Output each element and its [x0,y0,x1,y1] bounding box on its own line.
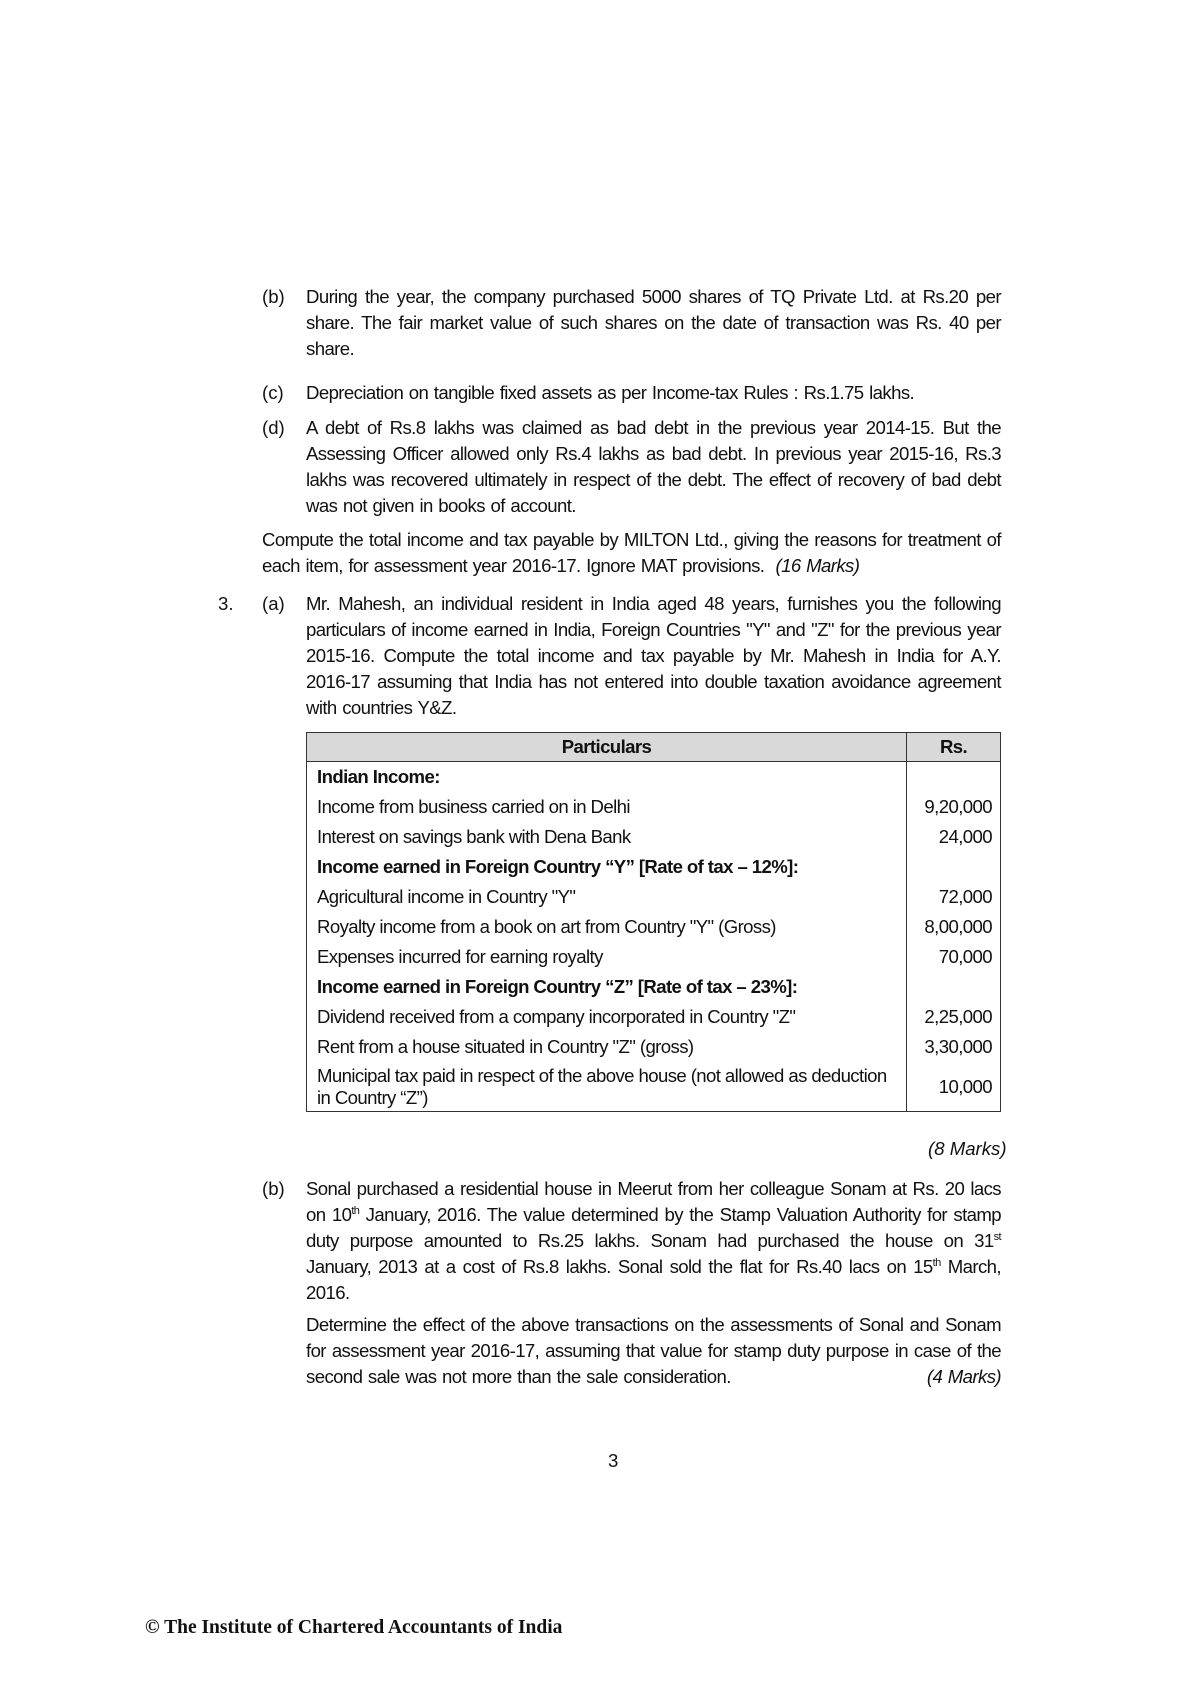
table-row: Rent from a house situated in Country "Z… [307,1032,1001,1062]
item-label-b: (b) [262,284,285,310]
row-particular: Income earned in Foreign Country “Z” [Ra… [307,972,907,1002]
table-row: Royalty income from a book on art from C… [307,912,1001,942]
table-row: Income from business carried on in Delhi… [307,792,1001,822]
table-header-row: Particulars Rs. [307,733,1001,762]
q3a-marks: (8 Marks) [928,1136,1007,1162]
row-amount: 72,000 [907,882,1001,912]
table-row: Interest on savings bank with Dena Bank2… [307,822,1001,852]
item-label-d: (d) [262,415,285,441]
header-particulars: Particulars [307,733,907,762]
q3-number: 3. [218,591,234,617]
table-row: Agricultural income in Country "Y"72,000 [307,882,1001,912]
q3b-text: Sonal purchased a residential house in M… [306,1176,1001,1306]
q3b-marks: (4 Marks) [927,1364,1001,1390]
row-particular: Rent from a house situated in Country "Z… [307,1032,907,1062]
q3a-label: (a) [262,591,285,617]
row-amount: 2,25,000 [907,1002,1001,1032]
page-number: 3 [608,1450,618,1472]
row-amount [907,762,1001,793]
q3a-text: Mr. Mahesh, an individual resident in In… [306,591,1001,721]
q3b-label: (b) [262,1176,285,1202]
row-amount [907,972,1001,1002]
row-particular: Expenses incurred for earning royalty [307,942,907,972]
row-particular: Royalty income from a book on art from C… [307,912,907,942]
row-amount: 8,00,000 [907,912,1001,942]
row-particular: Indian Income: [307,762,907,793]
table-row: Municipal tax paid in respect of the abo… [307,1062,1001,1112]
q2-marks: (16 Marks) [776,555,860,576]
item-text-b: During the year, the company purchased 5… [306,284,1001,362]
footer-copyright: © The Institute of Chartered Accountants… [145,1617,562,1639]
header-amount: Rs. [907,733,1001,762]
q2-instruction: Compute the total income and tax payable… [262,527,1001,579]
row-amount: 24,000 [907,822,1001,852]
row-amount: 70,000 [907,942,1001,972]
row-amount: 3,30,000 [907,1032,1001,1062]
row-particular: Income earned in Foreign Country “Y” [Ra… [307,852,907,882]
income-table: Particulars Rs. Indian Income:Income fro… [306,732,1001,1112]
table-row: Income earned in Foreign Country “Z” [Ra… [307,972,1001,1002]
row-particular: Municipal tax paid in respect of the abo… [307,1062,907,1112]
q2-instruction-text: Compute the total income and tax payable… [262,529,1001,576]
row-particular: Dividend received from a company incorpo… [307,1002,907,1032]
document-page: (b) During the year, the company purchas… [0,0,1191,1684]
item-text-c: Depreciation on tangible fixed assets as… [306,380,1001,406]
table-row: Expenses incurred for earning royalty70,… [307,942,1001,972]
row-amount: 9,20,000 [907,792,1001,822]
row-amount: 10,000 [907,1062,1001,1112]
row-particular: Income from business carried on in Delhi [307,792,907,822]
table-row: Income earned in Foreign Country “Y” [Ra… [307,852,1001,882]
table-row: Indian Income: [307,762,1001,793]
row-particular: Agricultural income in Country "Y" [307,882,907,912]
table-row: Dividend received from a company incorpo… [307,1002,1001,1032]
q3b-instruction-text: Determine the effect of the above transa… [306,1314,1001,1387]
q3b-instruction: Determine the effect of the above transa… [306,1312,1001,1390]
item-label-c: (c) [262,380,284,406]
item-text-d: A debt of Rs.8 lakhs was claimed as bad … [306,415,1001,519]
row-particular: Interest on savings bank with Dena Bank [307,822,907,852]
row-amount [907,852,1001,882]
